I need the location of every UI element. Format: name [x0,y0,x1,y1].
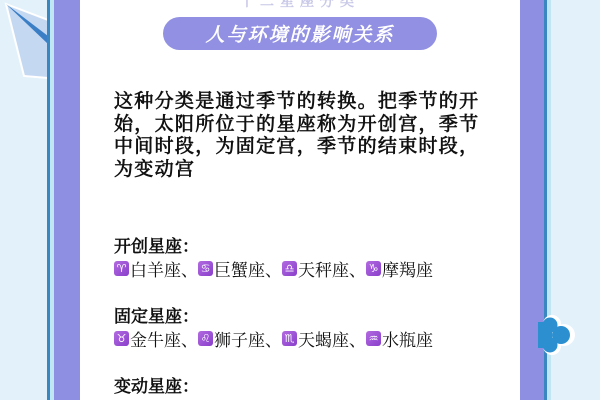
sign-libra: ♎ 天秤座、 [282,256,366,281]
sign-taurus: ♉ 金牛座、 [114,326,198,351]
capricorn-icon: ♑ [366,261,381,276]
sign-name: 摩羯座 [382,256,433,281]
intro-paragraph: 这种分类是通过季节的转换。把季节的开始，太阳所位于的星座称为开创宫，季节中间时段… [114,90,484,180]
separator: 、 [349,256,366,281]
fixed-signs-row: ♉ 金牛座、 ♌ 狮子座、 ♏ 天蝎座、 ♒ 水瓶座 [114,326,433,351]
sign-leo: ♌ 狮子座、 [198,326,282,351]
faded-top-heading: 十二星座分类 [80,0,520,11]
separator: 、 [181,326,198,351]
sign-scorpio: ♏ 天蝎座、 [282,326,366,351]
mutable-signs-title: 变动星座： [114,372,199,397]
separator: 、 [265,326,282,351]
frame-purple-left [54,0,80,400]
separator: 、 [181,256,198,281]
sign-cancer: ♋ 巨蟹座、 [198,256,282,281]
cardinal-signs-title: 开创星座： [114,232,199,257]
sign-name: 狮子座 [214,326,265,351]
scorpio-icon: ♏ [282,331,297,346]
sign-name: 白羊座 [130,256,181,281]
flower-decoration-icon [538,310,588,360]
separator: 、 [349,326,366,351]
fixed-signs-title: 固定星座： [114,302,199,327]
section-title-pill: 人与环境的影响关系 [163,17,437,50]
cardinal-signs-row: ♈ 白羊座、 ♋ 巨蟹座、 ♎ 天秤座、 ♑ 摩羯座 [114,256,433,281]
sign-aries: ♈ 白羊座、 [114,256,198,281]
leo-icon: ♌ [198,331,213,346]
sign-capricorn: ♑ 摩羯座 [366,256,433,281]
content-card: 十二星座分类 人与环境的影响关系 这种分类是通过季节的转换。把季节的开始，太阳所… [80,0,520,400]
taurus-icon: ♉ [114,331,129,346]
sign-name: 巨蟹座 [214,256,265,281]
section-title: 人与环境的影响关系 [205,20,394,47]
cancer-icon: ♋ [198,261,213,276]
sign-name: 天秤座 [298,256,349,281]
aries-icon: ♈ [114,261,129,276]
sign-name: 水瓶座 [382,326,433,351]
separator: 、 [265,256,282,281]
sign-name: 天蝎座 [298,326,349,351]
sign-name: 金牛座 [130,326,181,351]
libra-icon: ♎ [282,261,297,276]
aquarius-icon: ♒ [366,331,381,346]
sign-aquarius: ♒ 水瓶座 [366,326,433,351]
